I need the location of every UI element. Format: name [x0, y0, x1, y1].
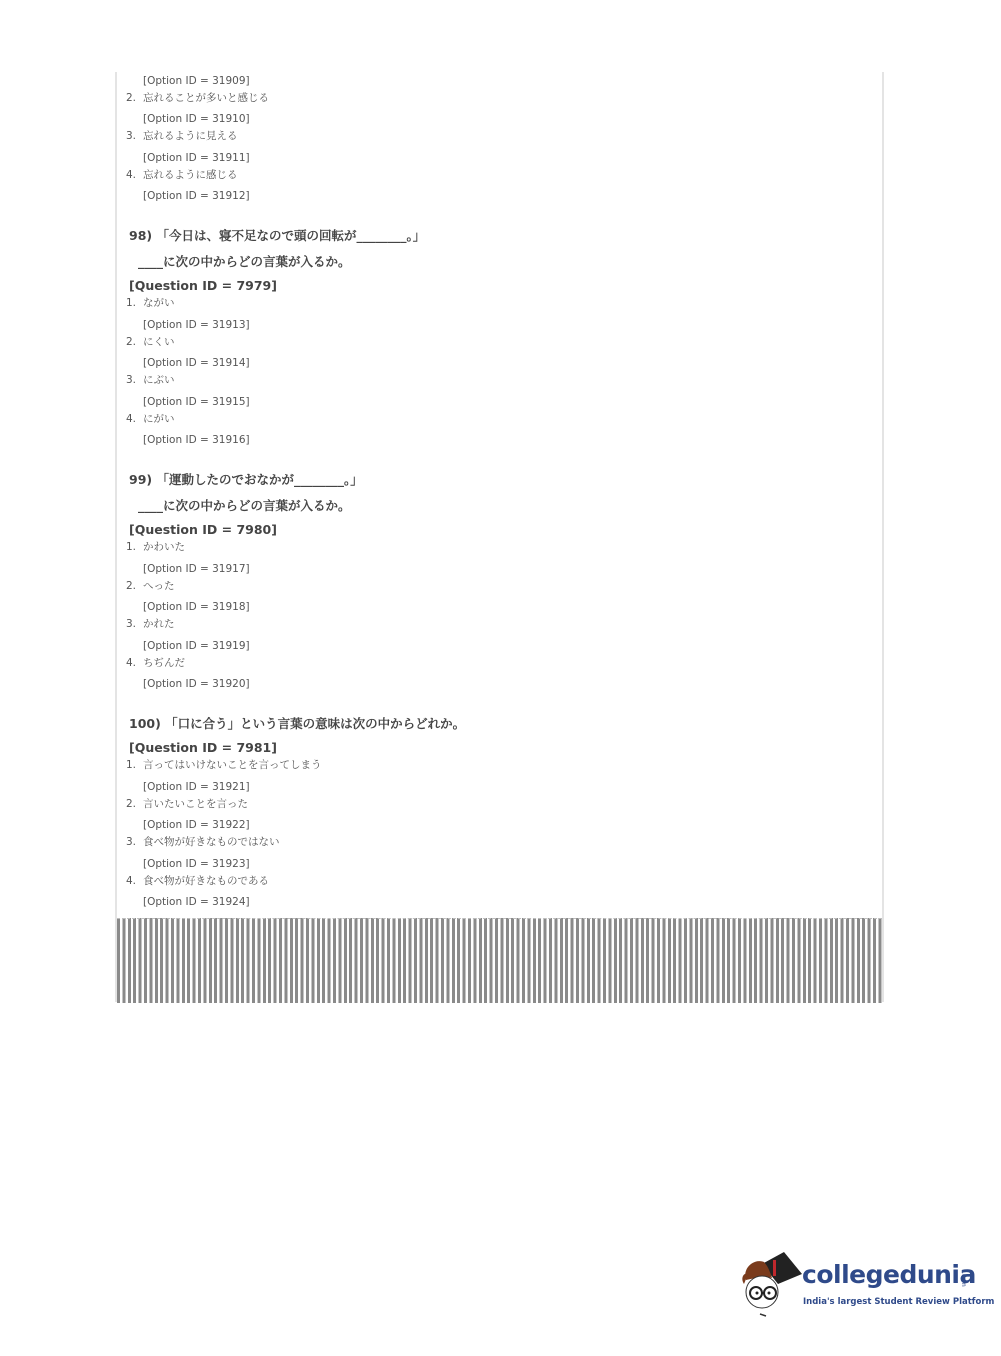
option-number: 1. [126, 297, 143, 309]
option-id: [Option ID = 31918] [143, 601, 250, 613]
option-text: 食べ物が好きなものである [143, 875, 269, 887]
question-id: [Question ID = 7981] [129, 740, 277, 755]
option-text: ながい [143, 297, 175, 309]
option-text: かれた [143, 618, 175, 630]
option-text: 食べ物が好きなものではない [143, 836, 280, 848]
brand-tagline: India's largest Student Review Platform [803, 1297, 994, 1307]
option-number: 3. [126, 618, 143, 630]
option-id: [Option ID = 31919] [143, 640, 250, 652]
brand-domain-suffix: .com [960, 1272, 967, 1287]
option-number: 1. [126, 759, 143, 771]
option-number: 3. [126, 836, 143, 848]
option-id: [Option ID = 31911] [143, 152, 250, 164]
brand-name: collegedunia [802, 1260, 976, 1289]
option-row: 4.食べ物が好きなものである [126, 873, 269, 888]
option-number: 2. [126, 580, 143, 592]
question-subtitle: ____に次の中からどの言葉が入るか。 [138, 252, 351, 270]
striped-footer-band [117, 918, 882, 1003]
option-id: [Option ID = 31914] [143, 357, 250, 369]
option-number: 3. [126, 374, 143, 386]
option-number: 4. [126, 413, 143, 425]
option-id: [Option ID = 31922] [143, 819, 250, 831]
option-text: 忘れるように見える [143, 130, 238, 142]
option-number: 4. [126, 657, 143, 669]
option-id: [Option ID = 31923] [143, 858, 250, 870]
option-row: 2.へった [126, 578, 175, 593]
question-title: 100) 「口に合う」という言葉の意味は次の中からどれか。 [129, 714, 465, 732]
question-id: [Question ID = 7980] [129, 522, 277, 537]
option-id: [Option ID = 31913] [143, 319, 250, 331]
option-row: 2.忘れることが多いと感じる [126, 90, 269, 105]
question-id: [Question ID = 7979] [129, 278, 277, 293]
option-row: 1.かわいた [126, 539, 185, 554]
option-row: 1.言ってはいけないことを言ってしまう [126, 757, 322, 772]
option-number: 4. [126, 169, 143, 181]
mascot-icon [740, 1250, 802, 1318]
question-title: 98) 「今日は、寝不足なので頭の回転が________。」 [129, 226, 425, 244]
option-id: [Option ID = 31924] [143, 896, 250, 908]
option-text: ちぢんだ [143, 657, 185, 669]
option-number: 3. [126, 130, 143, 142]
option-text: にがい [143, 413, 175, 425]
option-id: [Option ID = 31920] [143, 678, 250, 690]
option-row: 4.ちぢんだ [126, 655, 185, 670]
option-number: 2. [126, 92, 143, 104]
option-text: へった [143, 580, 175, 592]
collegedunia-logo: collegedunia .com India's largest Studen… [740, 1250, 980, 1322]
option-id: [Option ID = 31910] [143, 113, 250, 125]
option-row: 3.にぶい [126, 372, 175, 387]
option-id: [Option ID = 31909] [143, 75, 250, 87]
question-title: 99) 「運動したのでおなかが________。」 [129, 470, 363, 488]
option-number: 4. [126, 875, 143, 887]
option-id: [Option ID = 31917] [143, 563, 250, 575]
option-row: 2.にくい [126, 334, 175, 349]
option-text: にぶい [143, 374, 175, 386]
option-id: [Option ID = 31916] [143, 434, 250, 446]
option-text: 言ってはいけないことを言ってしまう [143, 759, 322, 771]
option-row: 3.食べ物が好きなものではない [126, 834, 280, 849]
option-row: 3.忘れるように見える [126, 128, 238, 143]
option-text: にくい [143, 336, 175, 348]
option-number: 1. [126, 541, 143, 553]
option-row: 4.にがい [126, 411, 175, 426]
option-text: かわいた [143, 541, 185, 553]
option-number: 2. [126, 798, 143, 810]
option-text: 忘れることが多いと感じる [143, 92, 269, 104]
option-row: 1.ながい [126, 295, 175, 310]
exam-page-frame: [Option ID = 31909] 2.忘れることが多いと感じる [Opti… [115, 72, 884, 1002]
option-text: 言いたいことを言った [143, 798, 248, 810]
question-subtitle: ____に次の中からどの言葉が入るか。 [138, 496, 351, 514]
option-id: [Option ID = 31915] [143, 396, 250, 408]
option-id: [Option ID = 31921] [143, 781, 250, 793]
option-number: 2. [126, 336, 143, 348]
option-row: 4.忘れるように感じる [126, 167, 238, 182]
option-id: [Option ID = 31912] [143, 190, 250, 202]
option-row: 2.言いたいことを言った [126, 796, 248, 811]
option-row: 3.かれた [126, 616, 175, 631]
option-text: 忘れるように感じる [143, 169, 238, 181]
